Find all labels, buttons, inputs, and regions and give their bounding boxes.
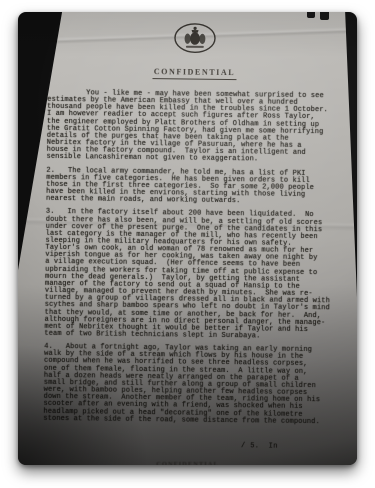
- paragraph-3: 3. In the factory itself about 200 have …: [44, 209, 340, 341]
- paragraph-1: You - like me - may have been somewhat s…: [46, 90, 341, 165]
- paragraph-2: 2. The local army commander, he told me,…: [46, 167, 340, 206]
- bottom-classification-stamp: CONFIDENTIAL: [18, 461, 357, 465]
- dark-marks: [307, 12, 335, 21]
- document-content: CONFIDENTIAL You - like me - may have be…: [43, 20, 342, 452]
- royal-coat-of-arms-icon: [173, 21, 217, 55]
- document-photo: CONFIDENTIAL You - like me - may have be…: [18, 12, 357, 465]
- page: { "colors":{ "page_background":"#ffffff"…: [0, 0, 375, 488]
- stamp-container: CONFIDENTIAL: [47, 60, 341, 82]
- dark-mark: [307, 12, 315, 18]
- classification-stamp: CONFIDENTIAL: [153, 67, 237, 80]
- paragraph-4: 4. About a fortnight ago, Taylor was tak…: [43, 344, 338, 426]
- dark-mark: [320, 12, 329, 20]
- continuation-mark: / 5. In: [43, 441, 337, 452]
- paper-sheet: CONFIDENTIAL You - like me - may have be…: [18, 12, 357, 465]
- crest-container: [48, 20, 342, 62]
